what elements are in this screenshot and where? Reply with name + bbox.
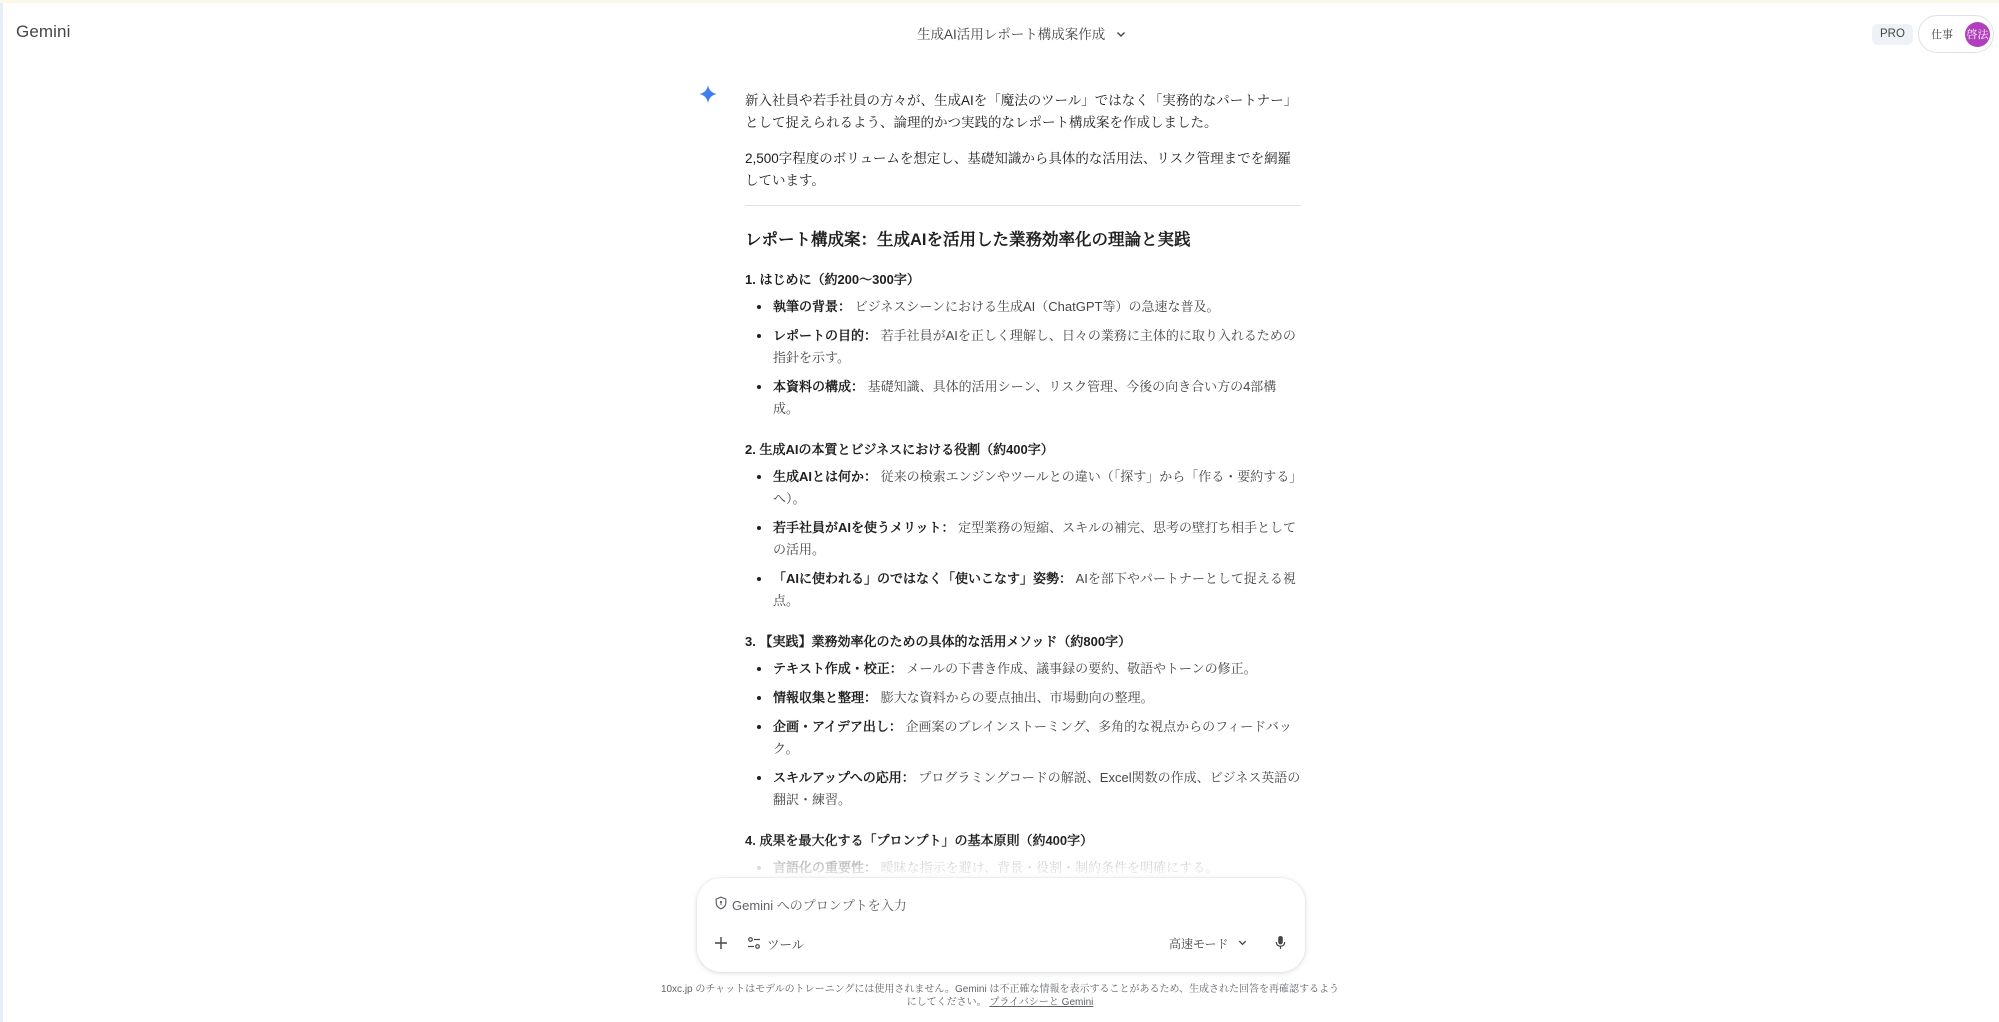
conversation-title: 生成AI活用レポート構成案作成 bbox=[917, 23, 1105, 43]
intro-paragraph: 2,500字程度のボリュームを想定し、基礎知識から具体的な活用法、リスク管理まで… bbox=[745, 148, 1301, 192]
prompt-composer: ツール 高速モード bbox=[697, 878, 1305, 972]
section-4: 4. 成果を最大化する「プロンプト」の基本原則（約400字） 言語化の重要性： … bbox=[745, 831, 1301, 879]
section-heading: 2. 生成AIの本質とビジネスにおける役割（約400字） bbox=[745, 440, 1301, 460]
list-item: 企画・アイデア出し： 企画案のブレインストーミング、多角的な視点からのフィードバ… bbox=[745, 716, 1301, 760]
item-label: 執筆の背景： bbox=[773, 299, 851, 314]
mode-label: 高速モード bbox=[1169, 935, 1229, 952]
list-item: レポートの目的： 若手社員がAIを正しく理解し、日々の業務に主体的に取り入れるた… bbox=[745, 325, 1301, 369]
chevron-down-icon bbox=[1115, 27, 1127, 39]
item-label: スキルアップへの応用： bbox=[773, 770, 915, 785]
item-label: 情報収集と整理： bbox=[773, 690, 877, 705]
avatar[interactable]: 啓法 bbox=[1965, 22, 1990, 47]
report-title: レポート構成案：生成AIを活用した業務効率化の理論と実践 bbox=[745, 228, 1301, 252]
tools-button[interactable]: ツール bbox=[747, 935, 804, 953]
prompt-row bbox=[714, 896, 1252, 915]
add-attachment-button[interactable] bbox=[710, 934, 732, 956]
item-label: 生成AIとは何か： bbox=[773, 469, 877, 484]
plus-icon bbox=[714, 936, 728, 955]
section-2: 2. 生成AIの本質とビジネスにおける役割（約400字） 生成AIとは何か： 従… bbox=[745, 440, 1301, 612]
list-item: 若手社員がAIを使うメリット： 定型業務の短縮、スキルの補完、思考の壁打ち相手と… bbox=[745, 517, 1301, 561]
account-switcher[interactable]: 仕事 啓法 bbox=[1918, 15, 1994, 53]
item-text: ビジネスシーンにおける生成AI（ChatGPT等）の急速な普及。 bbox=[855, 299, 1220, 314]
plan-badge: PRO bbox=[1872, 24, 1913, 45]
list-item: 情報収集と整理： 膨大な資料からの要点抽出、市場動向の整理。 bbox=[745, 687, 1301, 709]
list-item: テキスト作成・校正： メールの下書き作成、議事録の要約、敬語やトーンの修正。 bbox=[745, 658, 1301, 680]
app-header: Gemini 生成AI活用レポート構成案作成 PRO 仕事 啓法 bbox=[3, 3, 1999, 61]
gemini-sparkle-icon bbox=[698, 84, 718, 104]
shield-icon bbox=[714, 896, 728, 915]
item-label: 「AIに使われる」のではなく「使いこなす」姿勢： bbox=[773, 571, 1072, 586]
list-item: 言語化の重要性： 曖昧な指示を避け、背景・役割・制約条件を明確にする。 bbox=[745, 857, 1301, 879]
footer-disclaimer: 10xc.jp のチャットはモデルのトレーニングには使用されません。Gemini… bbox=[660, 983, 1340, 1009]
list-item: 「AIに使われる」のではなく「使いこなす」姿勢： AIを部下やパートナーとして捉… bbox=[745, 568, 1301, 612]
brand-logo[interactable]: Gemini bbox=[16, 22, 70, 42]
item-label: 言語化の重要性： bbox=[773, 860, 877, 875]
mode-selector[interactable]: 高速モード bbox=[1169, 935, 1248, 952]
item-text: 膨大な資料からの要点抽出、市場動向の整理。 bbox=[881, 690, 1154, 705]
item-label: テキスト作成・校正： bbox=[773, 661, 903, 676]
item-label: 企画・アイデア出し： bbox=[773, 719, 902, 734]
tune-icon bbox=[747, 936, 761, 953]
section-1: 1. はじめに（約200〜300字） 執筆の背景： ビジネスシーンにおける生成A… bbox=[745, 270, 1301, 420]
sidebar-edge bbox=[0, 3, 3, 1022]
model-response: 新入社員や若手社員の方々が、生成AIを「魔法のツール」ではなく「実務的なパートナ… bbox=[745, 90, 1301, 899]
privacy-link[interactable]: プライバシーと Gemini bbox=[989, 997, 1093, 1008]
list-item: 生成AIとは何か： 従来の検索エンジンやツールとの違い（「探す」から「作る・要約… bbox=[745, 466, 1301, 510]
divider bbox=[745, 205, 1301, 206]
item-label: レポートの目的： bbox=[773, 328, 877, 343]
item-label: 若手社員がAIを使うメリット： bbox=[773, 520, 954, 535]
section-heading: 3. 【実践】業務効率化のための具体的な活用メソッド（約800字） bbox=[745, 632, 1301, 652]
conversation-title-menu[interactable]: 生成AI活用レポート構成案作成 bbox=[917, 23, 1127, 43]
intro-paragraph: 新入社員や若手社員の方々が、生成AIを「魔法のツール」ではなく「実務的なパートナ… bbox=[745, 90, 1301, 134]
tools-label: ツール bbox=[767, 935, 804, 953]
section-3: 3. 【実践】業務効率化のための具体的な活用メソッド（約800字） テキスト作成… bbox=[745, 632, 1301, 811]
section-heading: 4. 成果を最大化する「プロンプト」の基本原則（約400字） bbox=[745, 831, 1301, 851]
chevron-down-icon bbox=[1237, 937, 1248, 951]
item-text: 曖昧な指示を避け、背景・役割・制約条件を明確にする。 bbox=[881, 860, 1218, 875]
prompt-input[interactable] bbox=[732, 898, 1252, 913]
account-label: 仕事 bbox=[1931, 26, 1953, 42]
item-label: 本資料の構成： bbox=[773, 379, 864, 394]
list-item: スキルアップへの応用： プログラミングコードの解説、Excel関数の作成、ビジネ… bbox=[745, 767, 1301, 811]
list-item: 本資料の構成： 基礎知識、具体的活用シーン、リスク管理、今後の向き合い方の4部構… bbox=[745, 376, 1301, 420]
item-text: メールの下書き作成、議事録の要約、敬語やトーンの修正。 bbox=[906, 661, 1256, 676]
list-item: 執筆の背景： ビジネスシーンにおける生成AI（ChatGPT等）の急速な普及。 bbox=[745, 296, 1301, 318]
microphone-button[interactable] bbox=[1270, 934, 1290, 956]
microphone-icon bbox=[1274, 935, 1287, 955]
section-heading: 1. はじめに（約200〜300字） bbox=[745, 270, 1301, 290]
